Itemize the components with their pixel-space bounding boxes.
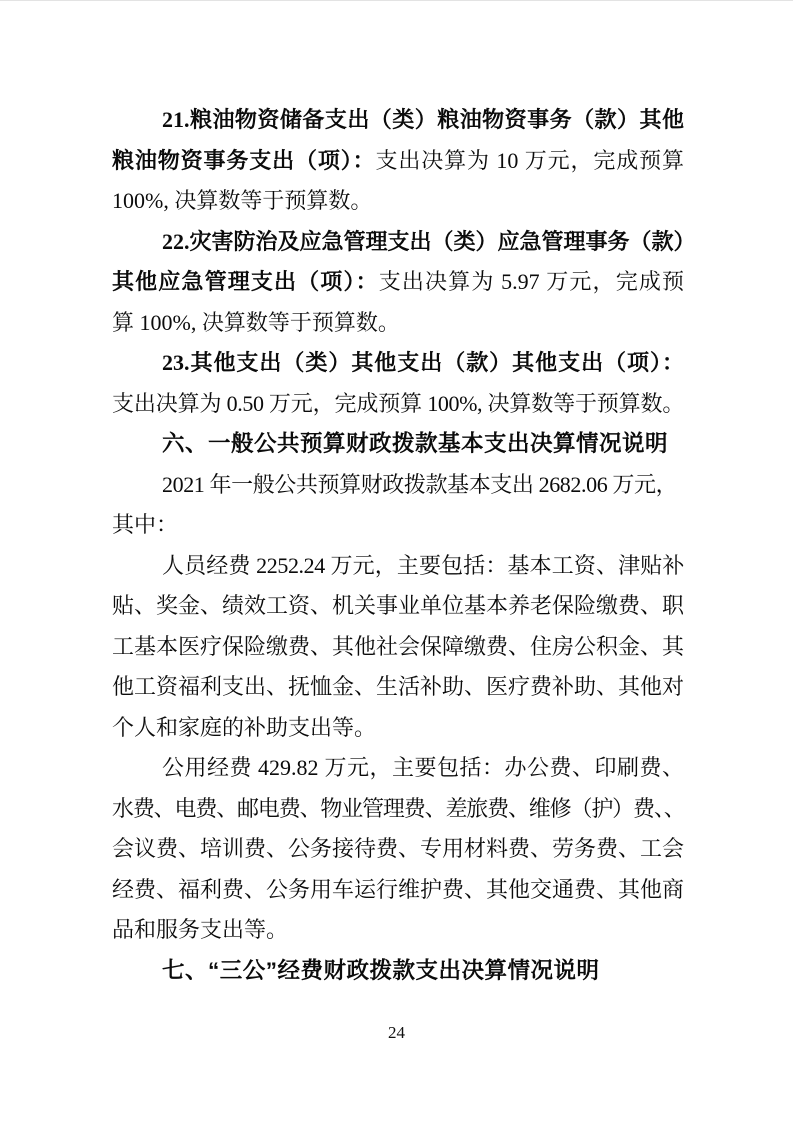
paragraph-21-line: 100%, 决算数等于预算数。: [112, 181, 684, 222]
section-heading-6: 六、一般公共预算财政拨款基本支出决算情况说明: [112, 424, 684, 465]
paragraph-22-lead: 其他应急管理支出（项）：: [112, 269, 379, 294]
paragraph-23-line: 支出决算为 0.50 万元，完成预算 100%, 决算数等于预算数。: [112, 384, 684, 425]
paragraph-22-line: 其他应急管理支出（项）：支出决算为 5.97 万元，完成预: [112, 262, 684, 303]
basic-expenditure-line: 其中：: [112, 505, 684, 546]
paragraph-23-lead: 23.其他支出（类）其他支出（款）其他支出（项）：: [162, 350, 684, 375]
personnel-expense-line: 工基本医疗保险缴费、其他社会保障缴费、住房公积金、其: [112, 627, 684, 668]
paragraph-22-lead: 22.灾害防治及应急管理支出（类）应急管理事务（款）: [162, 229, 696, 254]
public-expense-line: 公用经费 429.82 万元，主要包括：办公费、印刷费、: [112, 748, 684, 789]
document-page: 21.粮油物资储备支出（类）粮油物资事务（款）其他 粮油物资事务支出（项）：支出…: [0, 0, 793, 1123]
public-expense-line: 会议费、培训费、公务接待费、专用材料费、劳务费、工会: [112, 829, 684, 870]
page-number: 24: [0, 1021, 793, 1045]
personnel-expense-line: 人员经费 2252.24 万元，主要包括：基本工资、津贴补: [112, 546, 684, 587]
basic-expenditure-line: 2021 年一般公共预算财政拨款基本支出 2682.06 万元，: [112, 465, 684, 506]
personnel-expense-line: 贴、奖金、绩效工资、机关事业单位基本养老保险缴费、职: [112, 586, 684, 627]
public-expense-line: 品和服务支出等。: [112, 910, 684, 951]
section-heading-7: 七、“三公”经费财政拨款支出决算情况说明: [112, 951, 684, 992]
public-expense-line: 水费、电费、邮电费、物业管理费、差旅费、维修（护）费、、: [112, 789, 684, 830]
paragraph-21-lead: 粮油物资事务支出（项）：: [112, 148, 376, 173]
public-expense-line: 经费、福利费、公务用车运行维护费、其他交通费、其他商: [112, 870, 684, 911]
paragraph-21-line: 21.粮油物资储备支出（类）粮油物资事务（款）其他: [112, 100, 684, 141]
paragraph-23-line: 23.其他支出（类）其他支出（款）其他支出（项）：: [112, 343, 684, 384]
document-body: 21.粮油物资储备支出（类）粮油物资事务（款）其他 粮油物资事务支出（项）：支出…: [112, 100, 684, 991]
paragraph-22-line: 22.灾害防治及应急管理支出（类）应急管理事务（款）: [112, 222, 684, 263]
paragraph-21-lead: 21.粮油物资储备支出（类）粮油物资事务（款）其他: [162, 107, 684, 132]
personnel-expense-line: 个人和家庭的补助支出等。: [112, 708, 684, 749]
personnel-expense-line: 他工资福利支出、抚恤金、生活补助、医疗费补助、其他对: [112, 667, 684, 708]
paragraph-21-line: 粮油物资事务支出（项）：支出决算为 10 万元，完成预算: [112, 141, 684, 182]
paragraph-22-line: 算 100%, 决算数等于预算数。: [112, 303, 684, 344]
